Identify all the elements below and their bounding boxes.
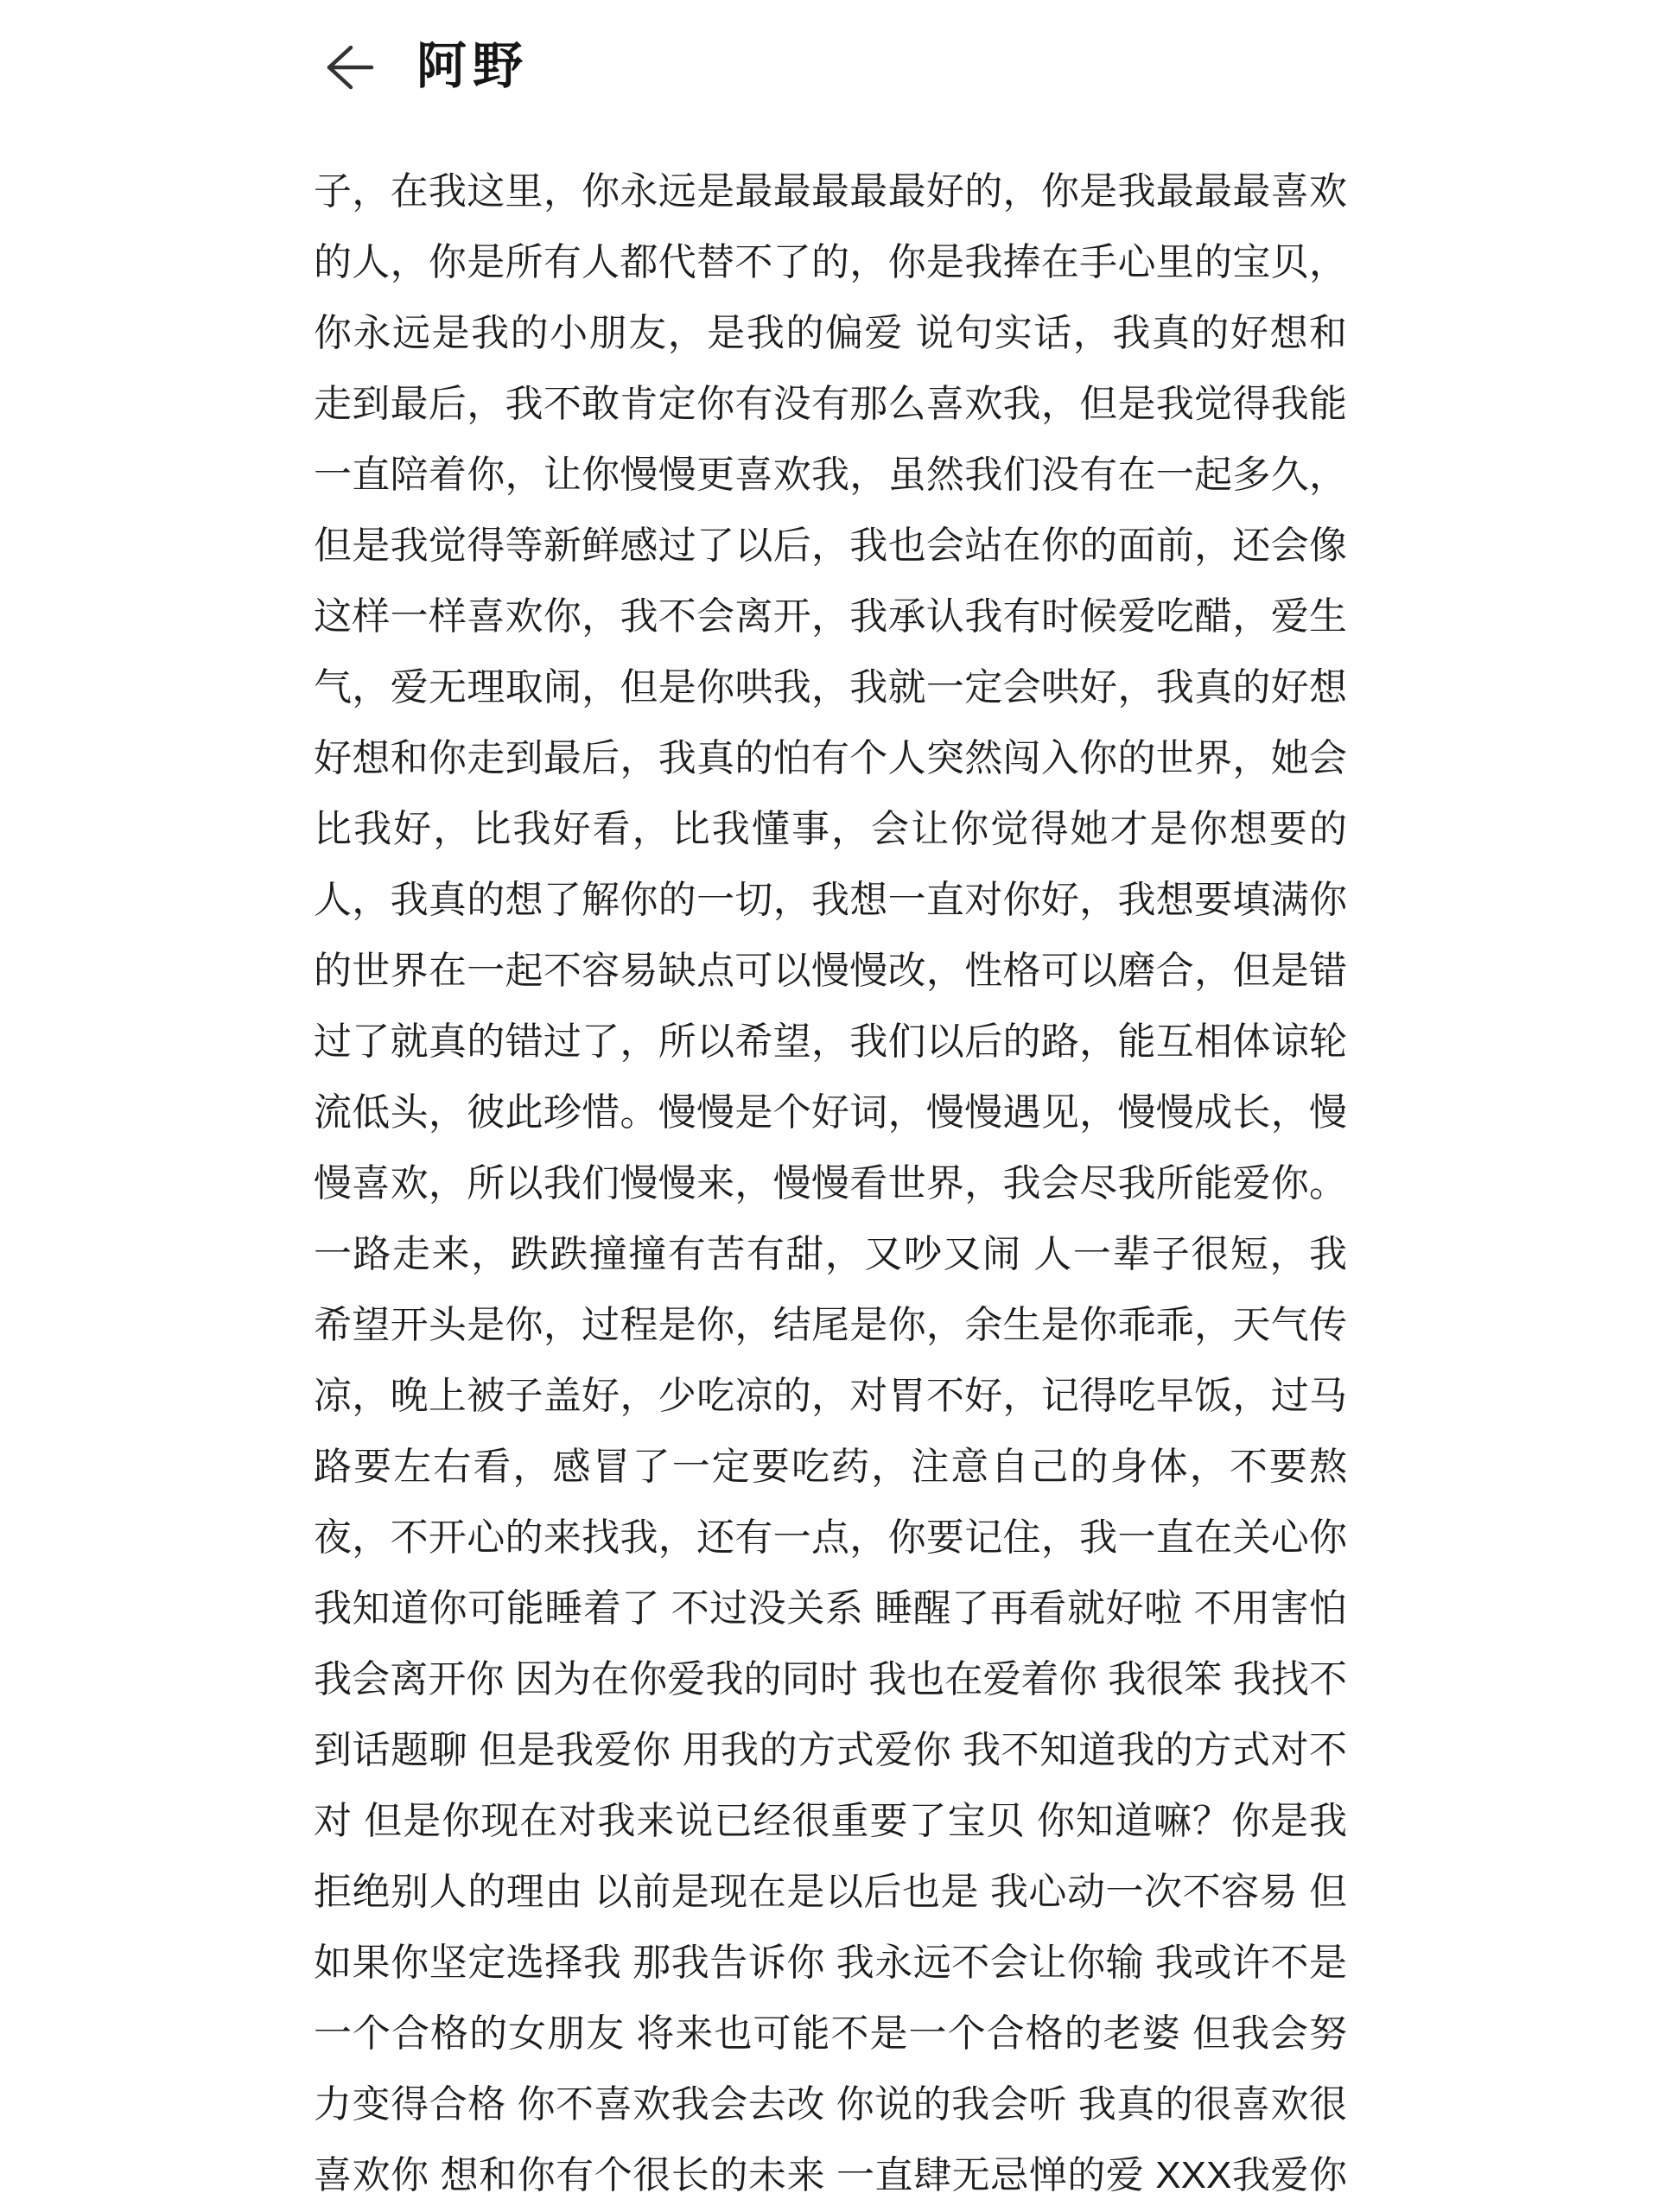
- letter-line: 的世界在一起不容易缺点可以慢慢改，性格可以磨合，但是错: [314, 936, 1347, 1007]
- letter-line: 过了就真的错过了，所以希望，我们以后的路，能互相体谅轮: [314, 1007, 1347, 1077]
- letter-line: 一直陪着你，让你慢慢更喜欢我，虽然我们没有在一起多久，: [314, 440, 1347, 511]
- letter-line: 对 但是你现在对我来说已经很重要了宝贝 你知道嘛？你是我: [314, 1786, 1347, 1857]
- letter-line: 力变得合格 你不喜欢我会去改 你说的我会听 我真的很喜欢很: [314, 2069, 1347, 2140]
- letter-line: 夜，不开心的来找我，还有一点，你要记住，我一直在关心你: [314, 1503, 1347, 1573]
- letter-line: 我会离开你 因为在你爱我的同时 我也在爱着你 我很笨 我找不: [314, 1644, 1347, 1715]
- letter-text: 子，在我这里，你永远是最最最最最好的，你是我最最最喜欢 的人，你是所有人都代替不…: [314, 156, 1347, 2211]
- letter-line: 一个合格的女朋友 将来也可能不是一个合格的老婆 但我会努: [314, 1999, 1347, 2069]
- letter-line: 喜欢你 想和你有个很长的未来 一直肆无忌惮的爱 XXX我爱你: [314, 2140, 1347, 2211]
- letter-line: 子，在我这里，你永远是最最最最最好的，你是我最最最喜欢: [314, 156, 1347, 227]
- letter-line: 走到最后，我不敢肯定你有没有那么喜欢我，但是我觉得我能: [314, 369, 1347, 440]
- letter-line: 慢喜欢，所以我们慢慢来，慢慢看世界，我会尽我所能爱你。: [314, 1148, 1347, 1219]
- letter-line: 凉，晚上被子盖好，少吃凉的，对胃不好，记得吃早饭，过马: [314, 1361, 1347, 1432]
- letter-line: 希望开头是你，过程是你，结尾是你，余生是你乖乖，天气传: [314, 1290, 1347, 1361]
- letter-line: 我知道你可能睡着了 不过没关系 睡醒了再看就好啦 不用害怕: [314, 1573, 1347, 1644]
- letter-line: 你永远是我的小朋友，是我的偏爱 说句实话，我真的好想和你: [314, 298, 1347, 369]
- chat-screenshot-page: 阿野 子，在我这里，你永远是最最最最最好的，你是我最最最喜欢 的人，你是所有人都…: [0, 0, 1659, 2212]
- letter-line: 气，爱无理取闹，但是你哄我，我就一定会哄好，我真的好想: [314, 652, 1347, 723]
- letter-line: 流低头，彼此珍惜。慢慢是个好词，慢慢遇见，慢慢成长，慢: [314, 1077, 1347, 1148]
- back-button[interactable]: [319, 38, 378, 97]
- letter-line: 到话题聊 但是我爱你 用我的方式爱你 我不知道我的方式对不: [314, 1715, 1347, 1786]
- letter-line: 如果你坚定选择我 那我告诉你 我永远不会让你输 我或许不是: [314, 1928, 1347, 1999]
- letter-line: 一路走来，跌跌撞撞有苦有甜，又吵又闹 人一辈子很短，我: [314, 1219, 1347, 1290]
- page-title: 阿野: [416, 38, 529, 95]
- header: 阿野: [0, 0, 1659, 121]
- letter-line: 拒绝别人的理由 以前是现在是以后也是 我心动一次不容易 但: [314, 1857, 1347, 1928]
- letter-line: 这样一样喜欢你，我不会离开，我承认我有时候爱吃醋，爱生: [314, 582, 1347, 652]
- letter-line: 好想和你走到最后，我真的怕有个人突然闯入你的世界，她会: [314, 723, 1347, 794]
- letter-line: 比我好，比我好看，比我懂事，会让你觉得她才是你想要的: [314, 794, 1347, 865]
- letter-line: 的人，你是所有人都代替不了的，你是我捧在手心里的宝贝，: [314, 227, 1347, 298]
- letter-line: 路要左右看，感冒了一定要吃药，注意自己的身体，不要熬: [314, 1432, 1347, 1503]
- letter-line: 人，我真的想了解你的一切，我想一直对你好，我想要填满你: [314, 865, 1347, 936]
- letter-line: 但是我觉得等新鲜感过了以后，我也会站在你的面前，还会像: [314, 511, 1347, 582]
- back-arrow-icon: [321, 41, 375, 94]
